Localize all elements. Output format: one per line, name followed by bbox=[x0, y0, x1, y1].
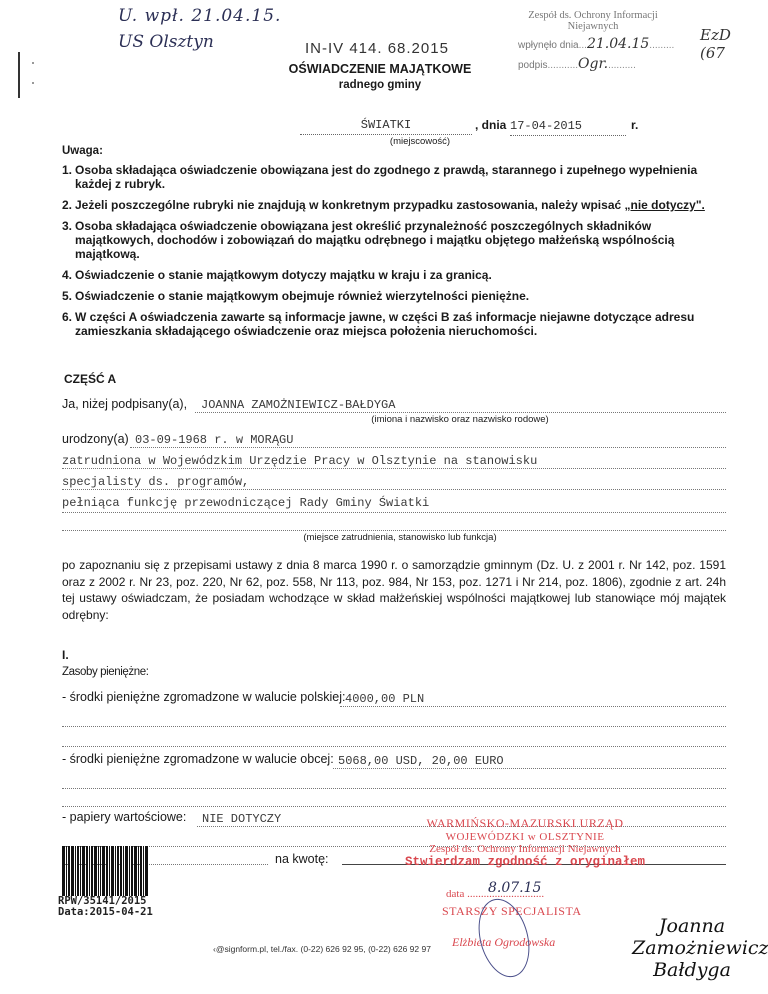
note-item: 2.Jeżeli poszczególne rubryki nie znajdu… bbox=[62, 198, 722, 212]
foreign-underline bbox=[333, 768, 726, 769]
signature-line2: Zamożniewicz- bbox=[632, 937, 752, 959]
receipt-stamp-line2: Niejawnych bbox=[518, 21, 668, 32]
signature-line1: Joanna bbox=[632, 915, 752, 937]
stamp-line4: Stwierdzam zgodność z oryginałem bbox=[400, 855, 650, 869]
stamp-date-label-text: data bbox=[446, 888, 464, 900]
margin-dot bbox=[32, 82, 34, 84]
name-underline bbox=[195, 412, 726, 413]
pln-extra-line-1 bbox=[62, 726, 726, 727]
born-underline bbox=[130, 447, 726, 448]
note-number: 1. bbox=[62, 163, 75, 191]
notes-list: 1.Osoba składająca oświadczenie obowiąza… bbox=[62, 163, 722, 345]
receipt-stamp-line1: Zespół ds. Ochrony Informacji bbox=[518, 10, 668, 21]
receipt-signature: Ogr. bbox=[578, 56, 608, 72]
note-text: Osoba składająca oświadczenie obowiązana… bbox=[75, 219, 722, 261]
signature-line3: Bałdyga bbox=[632, 959, 752, 981]
date-field[interactable]: 17-04-2015 bbox=[510, 119, 626, 136]
part-a-heading: CZĘŚĆ A bbox=[64, 372, 116, 386]
employment-underline-4 bbox=[62, 530, 726, 531]
stamp-line3: Zespół ds. Ochrony Informacji Niejawnych bbox=[400, 843, 650, 855]
note-number: 6. bbox=[62, 310, 75, 338]
note-item: 5.Oświadczenie o stanie majątkowym obejm… bbox=[62, 289, 722, 303]
pln-extra-line-2 bbox=[62, 746, 726, 747]
margin-mark bbox=[18, 52, 20, 98]
employment-underline-2 bbox=[62, 489, 726, 490]
employment-caption: (miejsce zatrudnienia, stanowisko lub fu… bbox=[260, 532, 540, 543]
born-field[interactable]: 03-09-1968 r. w MORĄGU bbox=[135, 433, 293, 447]
registry-date: Data:2015-04-21 bbox=[58, 907, 153, 918]
form-footer: ‹@signform.pl, tel./fax. (0-22) 626 92 9… bbox=[213, 944, 431, 954]
section-number: I. bbox=[62, 648, 69, 662]
received-label: wpłynęło dnia bbox=[518, 40, 579, 51]
note-number: 5. bbox=[62, 289, 75, 303]
received-date: 21.04.15 bbox=[587, 36, 649, 52]
amount-label: na kwotę: bbox=[275, 852, 329, 866]
signature-label: podpis bbox=[518, 60, 547, 71]
note-text-underlined: „nie dotyczy". bbox=[625, 198, 705, 212]
barcode-label: RPW/35141/2015 Data:2015-04-21 bbox=[58, 896, 153, 918]
document-title: OŚWIADCZENIE MAJĄTKOWE bbox=[260, 62, 500, 76]
margin-dot bbox=[32, 62, 34, 64]
employment-line-2[interactable]: specjalisty ds. programów, bbox=[62, 475, 249, 489]
received-row: wpłynęło dnia...21.04.15......... bbox=[518, 36, 668, 52]
employment-line-1[interactable]: zatrudniona w Wojewódzkim Urzędzie Pracy… bbox=[62, 454, 537, 468]
signature-row: podpis...........Ogr........... bbox=[518, 56, 668, 72]
corner-note: EzD (67 bbox=[700, 26, 740, 62]
note-item: 4.Oświadczenie o stanie majątkowym dotyc… bbox=[62, 268, 722, 282]
handwritten-reference-1: U. wpł. 21.04.15. bbox=[118, 6, 281, 26]
date-suffix: r. bbox=[631, 118, 638, 132]
document-subtitle: radnego gminy bbox=[260, 79, 500, 91]
case-number: IN-IV 414. 68.2015 bbox=[305, 40, 449, 57]
securities-field[interactable]: NIE DOTYCZY bbox=[202, 812, 281, 826]
foreign-field[interactable]: 5068,00 USD, 20,00 EURO bbox=[338, 754, 504, 768]
place-field[interactable]: ŚWIATKI bbox=[300, 118, 472, 135]
place-caption: (miejscowość) bbox=[360, 136, 480, 147]
section-heading: Zasoby pieniężne: bbox=[62, 666, 149, 678]
full-name-field[interactable]: JOANNA ZAMOŻNIEWICZ-BAŁDYGA bbox=[201, 398, 395, 412]
note-text: Oświadczenie o stanie majątkowym obejmuj… bbox=[75, 289, 722, 303]
foreign-extra-line-2 bbox=[62, 806, 726, 807]
note-number: 3. bbox=[62, 219, 75, 261]
note-text: Oświadczenie o stanie majątkowym dotyczy… bbox=[75, 268, 722, 282]
receipt-stamp: Zespół ds. Ochrony Informacji Niejawnych… bbox=[518, 10, 668, 72]
stamp-line2: WOJEWÓDZKI w OLSZTYNIE bbox=[400, 831, 650, 843]
declarant-signature: Joanna Zamożniewicz- Bałdyga bbox=[632, 915, 752, 981]
employment-underline-3 bbox=[62, 512, 726, 513]
note-item: 1.Osoba składająca oświadczenie obowiąza… bbox=[62, 163, 722, 191]
barcode bbox=[62, 846, 170, 896]
note-text: Osoba składająca oświadczenie obowiązana… bbox=[75, 163, 722, 191]
signed-label: Ja, niżej podpisany(a), bbox=[62, 397, 187, 411]
pln-label: - środki pieniężne zgromadzone w walucie… bbox=[62, 690, 345, 704]
foreign-label: - środki pieniężne zgromadzone w walucie… bbox=[62, 752, 334, 766]
securities-label: - papiery wartościowe: bbox=[62, 810, 186, 824]
stamp-line1: WARMIŃSKO-MAZURSKI URZĄD bbox=[400, 816, 650, 831]
date-label: , dnia bbox=[475, 118, 506, 132]
handwritten-reference-2: US Olsztyn bbox=[118, 32, 214, 52]
name-caption: (imiona i nazwisko oraz nazwisko rodowe) bbox=[330, 414, 590, 425]
pln-field[interactable]: 4000,00 PLN bbox=[345, 692, 424, 706]
note-text: W części A oświadczenia zawarte są infor… bbox=[75, 310, 722, 338]
note-number: 2. bbox=[62, 198, 75, 212]
certification-stamp: WARMIŃSKO-MAZURSKI URZĄD WOJEWÓDZKI w OL… bbox=[400, 816, 650, 869]
notes-heading: Uwaga: bbox=[62, 145, 103, 157]
born-label: urodzony(a) bbox=[62, 432, 129, 446]
employment-underline-1 bbox=[62, 468, 726, 469]
note-item: 6.W części A oświadczenia zawarte są inf… bbox=[62, 310, 722, 338]
note-item: 3.Osoba składająca oświadczenie obowiąza… bbox=[62, 219, 722, 261]
employment-line-3[interactable]: pełniąca funkcję przewodniczącej Rady Gm… bbox=[62, 496, 429, 510]
declaration-paragraph: po zapoznaniu się z przepisami ustawy z … bbox=[62, 557, 726, 623]
note-text: Jeżeli poszczególne rubryki nie znajdują… bbox=[75, 198, 722, 212]
note-text-main: Jeżeli poszczególne rubryki nie znajdują… bbox=[75, 198, 625, 212]
note-number: 4. bbox=[62, 268, 75, 282]
foreign-extra-line-1 bbox=[62, 788, 726, 789]
pln-underline bbox=[340, 706, 726, 707]
